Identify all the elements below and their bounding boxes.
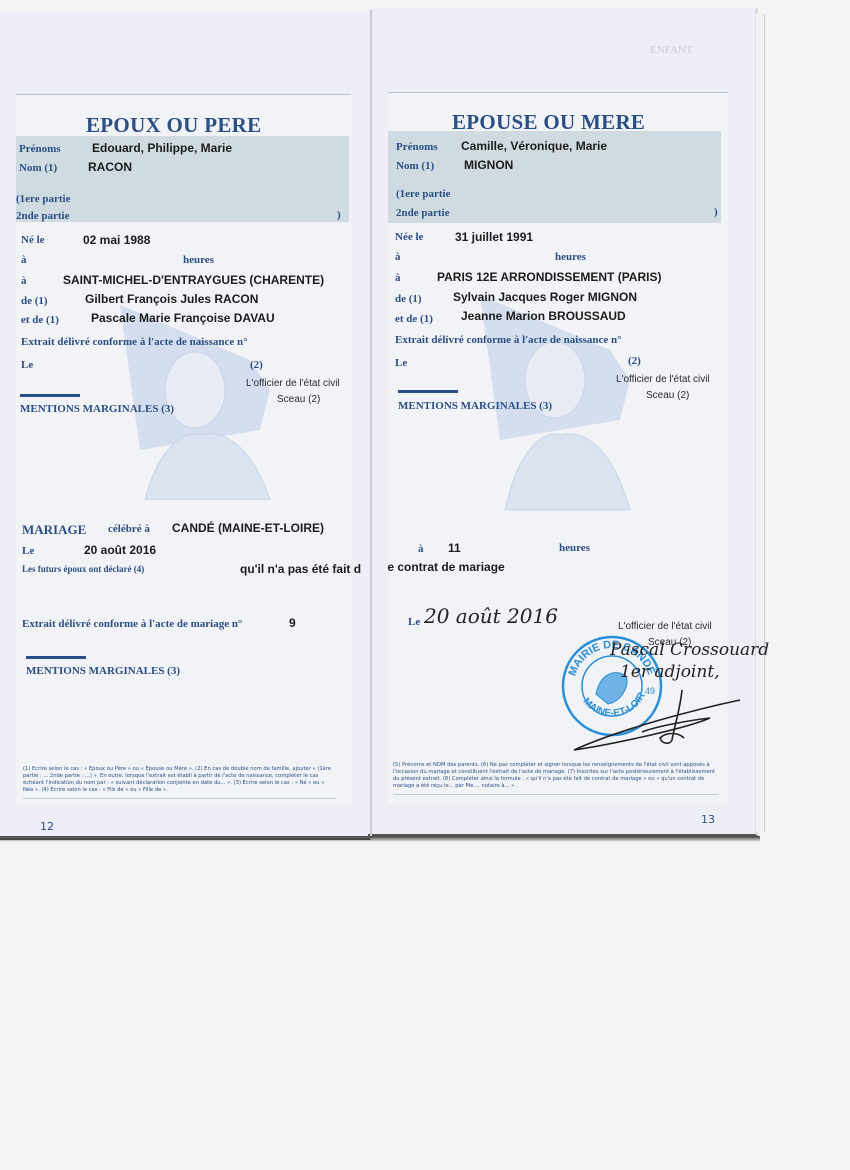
a-label-right: à: [395, 251, 401, 263]
nom-value: RACON: [88, 160, 132, 174]
heures-label: heures: [183, 254, 214, 266]
officier-label: L'officier de l'état civil: [246, 378, 340, 389]
ne-le-label: Né le: [21, 234, 45, 246]
footnote-left: (1) Ecrire selon le cas : « Epoux ou Pèr…: [23, 766, 336, 799]
partie2-label: 2nde partie: [16, 210, 69, 222]
officier-label-right: L'officier de l'état civil: [616, 374, 710, 385]
partie1-label-right: (1ere partie: [396, 188, 450, 200]
mariage-place: CANDÉ (MAINE-ET-LOIRE): [172, 521, 324, 535]
closing-paren: ): [337, 209, 341, 221]
booklet-gutter: [370, 10, 372, 840]
handwritten-date: 20 août 2016: [424, 604, 558, 628]
mentions-marginales-mariage-label: MENTIONS MARGINALES (3): [26, 665, 180, 677]
note-2: (2): [250, 359, 263, 371]
heures-label-right: heures: [555, 251, 586, 263]
nom-label: Nom (1): [19, 162, 57, 174]
declare-value: qu'il n'a pas été fait d: [240, 562, 361, 576]
father-name: Gilbert François Jules RACON: [85, 292, 258, 306]
note-2-right: (2): [628, 355, 641, 367]
closing-paren-right: ): [714, 206, 718, 218]
mariage-le-label: Le: [22, 545, 34, 557]
le-label-right: Le: [395, 357, 407, 369]
ghost-header: ENFANT: [650, 44, 693, 56]
footnote-right: (5) Prénoms et NOM des parents. (6) Ne p…: [393, 762, 719, 795]
mariage-title: MARIAGE: [22, 522, 86, 538]
extrait-mariage-label: Extrait délivré conforme à l'acte de mar…: [22, 618, 242, 630]
a-label: à: [21, 254, 27, 266]
acte-mariage-numero: 9: [289, 616, 296, 630]
birth-place: SAINT-MICHEL-D'ENTRAYGUES (CHARENTE): [63, 273, 324, 287]
left-page-title: EPOUX OU PERE: [86, 113, 261, 138]
de-label-right: de (1): [395, 293, 422, 305]
section-rule: [20, 394, 80, 397]
extrait-naissance-label: Extrait délivré conforme à l'acte de nai…: [21, 336, 248, 348]
de-label: de (1): [21, 295, 48, 307]
mother-name-right: Jeanne Marion BROUSSAUD: [461, 309, 626, 323]
page-number-right: 13: [701, 813, 715, 826]
contrat-mariage-value: le contrat de mariage: [384, 560, 505, 574]
declare-label: Les futurs époux ont déclaré (4): [22, 564, 144, 574]
sceau-label-right: Sceau (2): [646, 390, 689, 401]
section-rule-2: [26, 656, 86, 659]
nom-value-right: MIGNON: [464, 158, 513, 172]
lieu-label-right: à: [395, 272, 401, 284]
lieu-label: à: [21, 275, 27, 287]
signature-name: Pascal Crossouard: [610, 640, 769, 660]
father-name-right: Sylvain Jacques Roger MIGNON: [453, 290, 637, 304]
prenoms-value-right: Camille, Véronique, Marie: [461, 139, 607, 153]
prenoms-label: Prénoms: [19, 143, 61, 155]
et-de-label: et de (1): [21, 314, 59, 326]
le-label: Le: [21, 359, 33, 371]
mariage-heure: 11: [448, 541, 461, 555]
partie1-label: (1ere partie: [16, 193, 70, 205]
page-number-left: 12: [40, 820, 54, 833]
birth-place-right: PARIS 12E ARRONDISSEMENT (PARIS): [437, 270, 661, 284]
mother-name: Pascale Marie Françoise DAVAU: [91, 311, 275, 325]
mentions-marginales-label: MENTIONS MARGINALES (3): [20, 403, 174, 415]
birth-date-right: 31 juillet 1991: [455, 230, 533, 244]
mariage-a-label: à: [418, 543, 424, 555]
extrait-naissance-label-right: Extrait délivré conforme à l'acte de nai…: [395, 334, 622, 346]
section-rule-right: [398, 390, 458, 393]
sceau-label: Sceau (2): [277, 394, 320, 405]
prenoms-label-right: Prénoms: [396, 141, 438, 153]
birth-date: 02 mai 1988: [83, 233, 150, 247]
mariage-le-label-right: Le: [408, 616, 420, 628]
mariage-heures-label: heures: [559, 542, 590, 554]
booklet-edge-shadow: [0, 836, 760, 842]
nee-le-label: Née le: [395, 231, 423, 243]
celebre-label: célébré à: [108, 523, 150, 535]
partie2-label-right: 2nde partie: [396, 207, 449, 219]
nom-label-right: Nom (1): [396, 160, 434, 172]
mentions-marginales-label-right: MENTIONS MARGINALES (3): [398, 400, 552, 412]
officier-label-mariage: L'officier de l'état civil: [618, 621, 712, 632]
prenoms-value: Edouard, Philippe, Marie: [92, 141, 232, 155]
signature-title: 1er adjoint,: [620, 662, 720, 682]
signature-scribble: [562, 680, 747, 755]
mariage-date: 20 août 2016: [84, 543, 156, 557]
et-de-label-right: et de (1): [395, 313, 433, 325]
